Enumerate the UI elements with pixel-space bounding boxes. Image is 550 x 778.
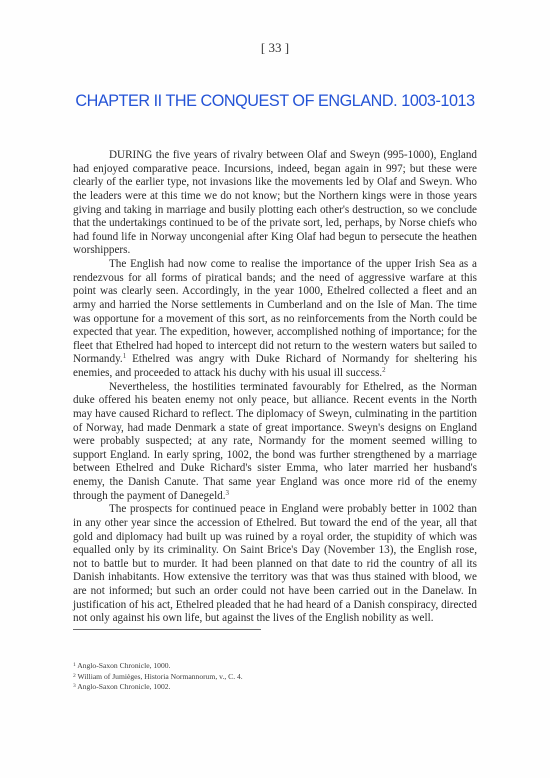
paragraph-text: The English had now come to realise the … (73, 258, 477, 365)
page-number: [ 33 ] (0, 40, 550, 56)
footnote-3: 3 Anglo-Saxon Chronicle, 1002. (73, 682, 477, 693)
footnote-2: 2 William of Jumièges, Historia Normanno… (73, 672, 477, 683)
footnote-ref-2[interactable]: 2 (382, 366, 386, 374)
paragraph-4: The prospects for continued peace in Eng… (73, 503, 477, 626)
footnote-ref-3[interactable]: 3 (226, 489, 230, 497)
document-page: [ 33 ] CHAPTER II THE CONQUEST OF ENGLAN… (0, 0, 550, 778)
paragraph-text: Ethelred was angry with Duke Richard of … (73, 353, 477, 379)
footnote-text: Anglo-Saxon Chronicle, 1002. (76, 682, 171, 691)
footnote-1: 1 Anglo-Saxon Chronicle, 1000. (73, 661, 477, 672)
footnote-text: William of Jumièges, Historia Normannoru… (76, 672, 243, 681)
paragraph-3: Nevertheless, the hostilities terminated… (73, 381, 477, 504)
paragraph-2: The English had now come to realise the … (73, 258, 477, 381)
footnote-text: Anglo-Saxon Chronicle, 1000. (76, 661, 171, 670)
paragraph-1: DURING the five years of rivalry between… (73, 149, 477, 258)
body-text: DURING the five years of rivalry between… (73, 149, 477, 626)
paragraph-text: The prospects for continued peace in Eng… (73, 503, 477, 624)
footnote-separator (73, 629, 261, 630)
paragraph-text: DURING the five years of rivalry between… (73, 149, 477, 256)
footnotes: 1 Anglo-Saxon Chronicle, 1000. 2 William… (73, 661, 477, 693)
chapter-title: CHAPTER II THE CONQUEST OF ENGLAND. 1003… (0, 92, 550, 111)
paragraph-text: Nevertheless, the hostilities terminated… (73, 381, 477, 502)
